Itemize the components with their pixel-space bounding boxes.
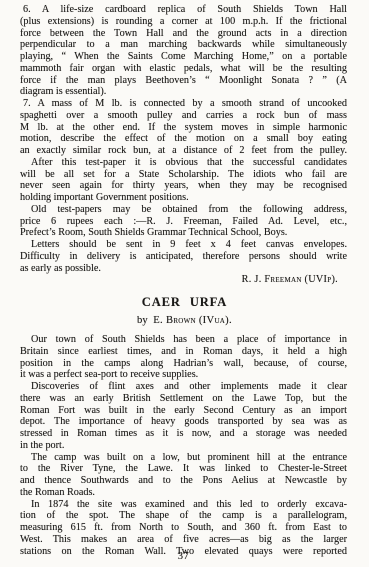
text-line: (plus extensions) is rounding a corner a… [20,16,347,28]
text-line: mammoth fair organ with elastic pedals, … [20,63,347,75]
after-test-paragraph: After this test-paper it is obvious that… [20,157,347,204]
text-line: West. This makes an area of five acres—a… [20,534,347,546]
text-line: Roman Fort was built in the early Second… [20,405,347,417]
text-line: motion, describe the effect of the motio… [20,133,347,145]
text-line: to the River Tyne, the Lawe. It was link… [20,463,347,475]
test-paper-section: 6. A life-size cardboard replica of Sout… [20,4,347,286]
text-line: never seen again for thirty years, when … [20,180,347,192]
text-line: spaghetti over a smooth pulley and carri… [20,110,347,122]
page-number: 37 [20,551,347,562]
text-line: will be all set for a State Scholarship.… [20,169,347,181]
article-byline: by E. Brown (IVua). [0,315,369,326]
text-line: there was an early British Settlement on… [20,393,347,405]
article-title: CAER URFA [0,295,369,310]
letters-paragraph: Letters should be sent in 9 feet x 4 fee… [20,239,347,274]
article-paragraph-1: Our town of South Shields has been a pla… [20,334,347,381]
text-line: in the port. [20,440,347,452]
text-line: force between the Town Hall and the grou… [20,28,347,40]
text-line: Difficulty in delivery is anticipated, t… [20,251,347,263]
text-line: Letters should be sent in 9 feet x 4 fee… [20,239,347,251]
text-line: In 1874 the site was examined and this l… [20,499,347,511]
byline-author: E. Brown (IVua). [153,315,232,326]
text-line: and thence Southwards and to the Pons Ae… [20,475,347,487]
article-body: Our town of South Shields has been a pla… [20,334,347,557]
text-line: the Roman Roads. [20,487,347,499]
text-line: perpendicular to a man marching backward… [20,39,347,51]
text-line: Old test-papers may be obtained from the… [20,204,347,216]
text-line: Discoveries of flint axes and other impl… [20,381,347,393]
article-paragraph-4: In 1874 the site was examined and this l… [20,499,347,558]
text-line: 7. A mass of M lb. is connected by a smo… [20,98,347,110]
text-line: Prefect’s Room, South Shields Grammar Te… [20,227,347,239]
text-line: force if the man plays Beethoven’s “ Moo… [20,75,347,87]
question-6-paragraph: 6. A life-size cardboard replica of Sout… [20,4,347,98]
text-line: After this test-paper it is obvious that… [20,157,347,169]
text-line: diagram is essential). [20,86,347,98]
text-line: 6. A life-size cardboard replica of Sout… [20,4,347,16]
text-line: price 6 rupees each :—R. J. Freeman, Fai… [20,216,347,228]
old-test-papers-paragraph: Old test-papers may be obtained from the… [20,204,347,239]
text-line: depot. The importance of heavy goods tra… [20,416,347,428]
article-paragraph-2: Discoveries of flint axes and other impl… [20,381,347,452]
text-line: Britain since earliest times, and in Rom… [20,346,347,358]
author-signature: R. J. Freeman (UVIp). [20,274,347,286]
text-line: as early as possible. [20,263,347,275]
text-line: an exactly similar rock bun, at a distan… [20,145,347,157]
text-line: measuring 615 ft. from North to South, a… [20,522,347,534]
text-line: holding important Government positions. [20,192,347,204]
text-line: position in the camps along Hadrian’s wa… [20,358,347,370]
text-line: Our town of South Shields has been a pla… [20,334,347,346]
text-line: The camp was built on a low, but promine… [20,452,347,464]
magazine-page: 6. A life-size cardboard replica of Sout… [0,0,369,567]
text-line: playing, “ When the Saints Come Marching… [20,51,347,63]
byline-prefix: by [137,315,148,326]
question-7-paragraph: 7. A mass of M lb. is connected by a smo… [20,98,347,157]
text-line: M lb. at the other end. If the system mo… [20,122,347,134]
article-paragraph-3: The camp was built on a low, but promine… [20,452,347,499]
text-line: tion of the spot. The shape of the camp … [20,510,347,522]
text-line: it was a perfect sea-port to receive sup… [20,369,347,381]
text-line: stressed in Roman times as it is now, an… [20,428,347,440]
